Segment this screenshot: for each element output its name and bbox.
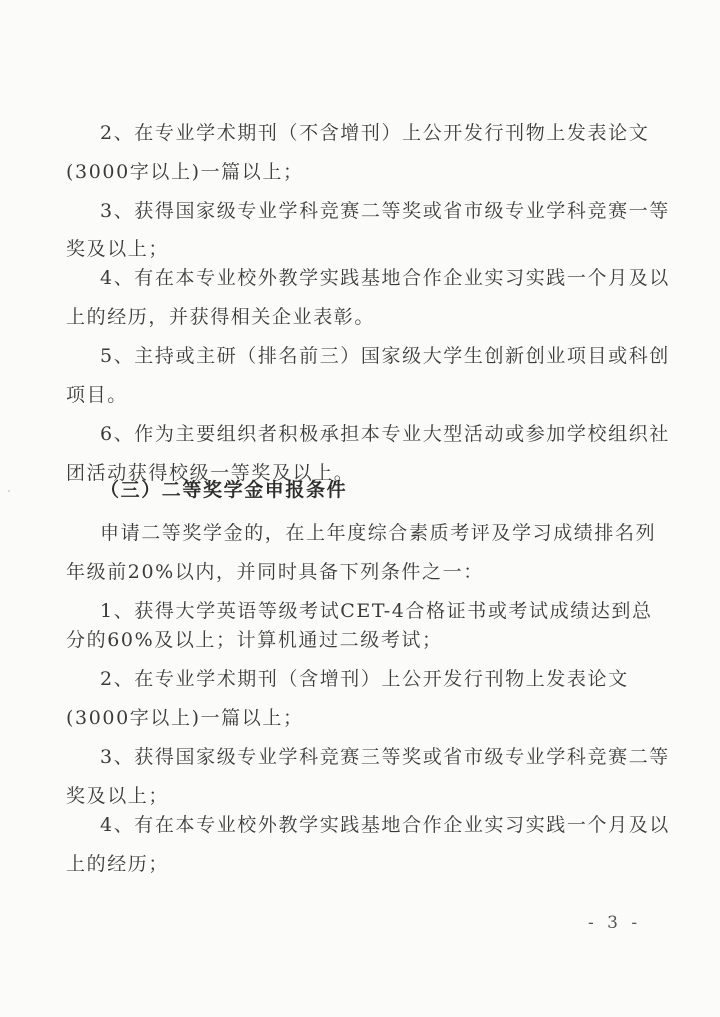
- text-line: 5、主持或主研（排名前三）国家级大学生创新创业项目或科创: [100, 344, 670, 368]
- page-number: - 3 -: [588, 913, 641, 933]
- scan-mark: [8, 490, 10, 492]
- text-line: 分的60%及以上；计算机通过二级考试；: [66, 628, 443, 652]
- section-heading: （三）二等奖学金申报条件: [100, 478, 347, 502]
- text-line: 奖及以上；: [66, 784, 169, 808]
- document-page: 2、在专业学术期刊（不含增刊）上公开发行刊物上发表论文(3000字以上)一篇以上…: [0, 0, 720, 1017]
- text-line: 2、在专业学术期刊（含增刊）上公开发行刊物上发表论文: [100, 667, 629, 691]
- text-line: 2、在专业学术期刊（不含增刊）上公开发行刊物上发表论文: [100, 121, 649, 145]
- text-line: 年级前20%以内，并同时具备下列条件之一：: [66, 560, 484, 584]
- text-line: (3000字以上)一篇以上；: [66, 706, 304, 730]
- text-line: (3000字以上)一篇以上；: [66, 160, 304, 184]
- text-line: 奖及以上；: [66, 237, 169, 261]
- text-line: 3、获得国家级专业学科竞赛二等奖或省市级专业学科竞赛一等: [100, 199, 670, 223]
- text-line: 上的经历；: [66, 852, 169, 876]
- text-line: 3、获得国家级专业学科竞赛三等奖或省市级专业学科竞赛二等: [100, 745, 670, 769]
- text-line: 项目。: [66, 383, 128, 407]
- text-line: 4、有在本专业校外教学实践基地合作企业实习实践一个月及以: [100, 813, 670, 837]
- text-line: 6、作为主要组织者积极承担本专业大型活动或参加学校组织社: [100, 422, 670, 446]
- text-line: 1、获得大学英语等级考试CET-4合格证书或考试成绩达到总: [100, 599, 653, 623]
- text-line: 4、有在本专业校外教学实践基地合作企业实习实践一个月及以: [100, 266, 670, 290]
- text-line: 申请二等奖学金的，在上年度综合素质考评及学习成绩排名列: [100, 521, 656, 545]
- text-line: 上的经历，并获得相关企业表彰。: [66, 305, 375, 329]
